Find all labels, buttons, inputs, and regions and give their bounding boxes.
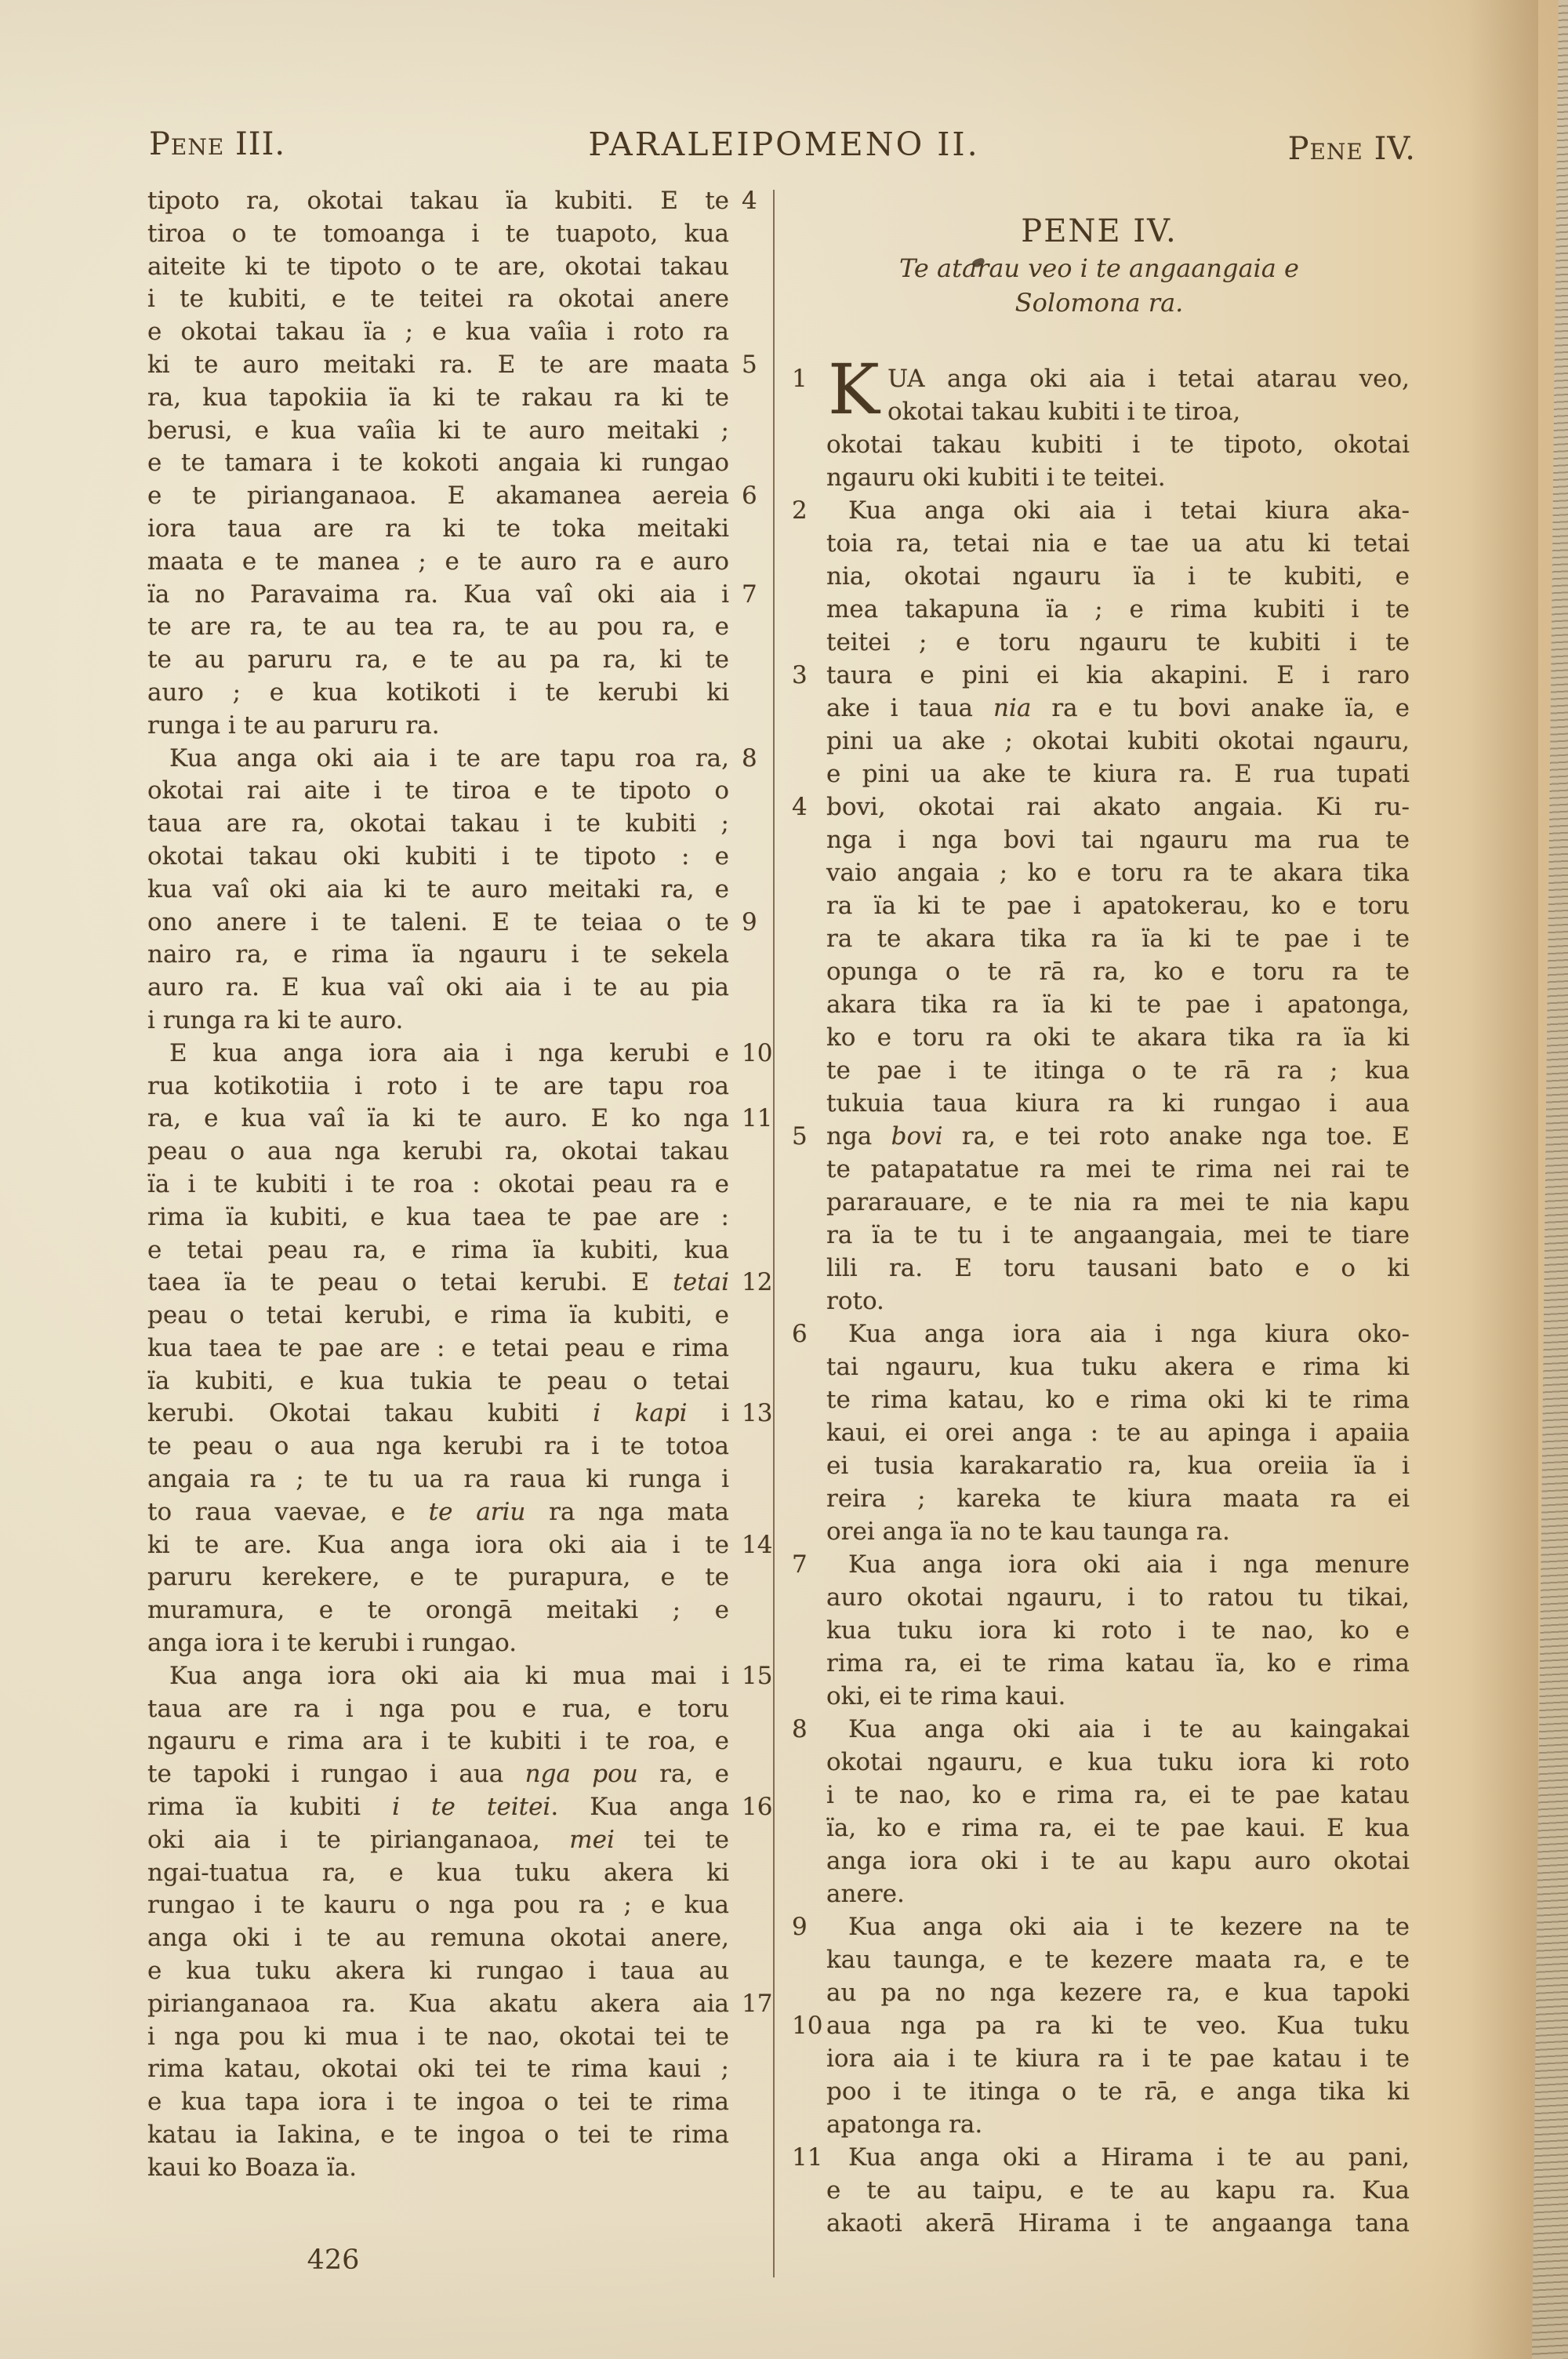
line-text: kua taea te pae are : e tetai peau e rim… xyxy=(147,1332,729,1365)
verse-number: 15 xyxy=(729,1660,775,1693)
text-line: anga oki i te au remuna okotai anere, xyxy=(147,1922,775,1955)
text-line: rua kotikotiia i roto i te are tapu roa xyxy=(147,1070,775,1103)
text-line: nia, okotai ngauru ïa i te kubiti, e xyxy=(789,560,1410,593)
line-text: i nga pou ki mua i te nao, okotai tei te xyxy=(147,2021,729,2054)
line-text: okotai rai aite i te tiroa e te tipoto o xyxy=(147,775,729,808)
verse-number xyxy=(729,874,775,907)
text-line: katau ia Iakina, e te ingoa o tei te rim… xyxy=(147,2119,775,2152)
text-line: ki te auro meitaki ra. E te are maata5 xyxy=(147,349,775,382)
text-line: e te tamara i te kokoti angaia ki rungao xyxy=(147,447,775,480)
line-text: Kua anga oki aia i te au kaingakai xyxy=(826,1713,1410,1746)
text-line: nairo ra, e rima ïa ngauru i te sekela xyxy=(147,939,775,972)
verse-number xyxy=(729,1693,775,1726)
text-line: ra, kua tapokiia ïa ki te rakau ra ki te xyxy=(147,382,775,415)
verse-number: 12 xyxy=(729,1267,775,1299)
text-line: 7Kua anga iora oki aia i nga menure xyxy=(789,1548,1410,1581)
text-line: te au paruru ra, e te au pa ra, ki te xyxy=(147,644,775,677)
text-line: i te nao, ko e rima ra, ei te pae katau xyxy=(789,1779,1410,1812)
text-line: pararauare, e te nia ra mei te nia kapu xyxy=(789,1186,1410,1219)
line-text: peau o aua nga kerubi ra, okotai takau xyxy=(147,1136,729,1169)
verse-number xyxy=(729,2053,775,2086)
text-line: okotai takau oki kubiti i te tipoto : e xyxy=(147,841,775,874)
verse-number xyxy=(789,1976,826,2009)
text-line: te peau o aua nga kerubi ra i te totoa xyxy=(147,1430,775,1463)
line-text: e te au taipu, e te au kapu ra. Kua xyxy=(826,2174,1410,2207)
verse-number xyxy=(729,1299,775,1332)
verse-number xyxy=(729,316,775,349)
text-line: kua taea te pae are : e tetai peau e rim… xyxy=(147,1332,775,1365)
text-line: reira ; kareka te kiura maata ra ei xyxy=(789,1482,1410,1515)
line-text: te are ra, te au tea ra, te au pou ra, e xyxy=(147,611,729,644)
text-line: tai ngauru, kua tuku akera e rima ki xyxy=(789,1350,1410,1383)
line-text: ki te are. Kua anga iora oki aia i te xyxy=(147,1529,729,1562)
line-text: tipoto ra, okotai takau ïa kubiti. E te xyxy=(147,185,729,218)
verse-number xyxy=(729,1561,775,1594)
verse-number xyxy=(729,1594,775,1627)
verse-number: 8 xyxy=(729,743,775,776)
text-line: kerubi. Okotai takau kubiti i kapi i13 xyxy=(147,1398,775,1430)
line-text: anga iora i te kerubi i rungao. xyxy=(147,1627,729,1660)
verse-number xyxy=(789,1219,826,1252)
line-text: anere. xyxy=(826,1877,1410,1910)
text-line: taua are ra i nga pou e rua, e toru xyxy=(147,1693,775,1726)
text-line: e pini ua ake te kiura ra. E rua tupati xyxy=(789,758,1410,791)
text-line: mea takapuna ïa ; e rima kubiti i te xyxy=(789,593,1410,626)
line-text: lili ra. E toru tausani bato e o ki xyxy=(826,1252,1410,1285)
text-line: taea ïa te peau o tetai kerubi. E tetai1… xyxy=(147,1267,775,1299)
line-text: berusi, e kua vaîia ki te auro meitaki ; xyxy=(147,415,729,448)
line-text: e kua tapa iora i te ingoa o tei te rima xyxy=(147,2086,729,2119)
line-text: e te tamara i te kokoti angaia ki rungao xyxy=(147,447,729,480)
line-text: maata e te manea ; e te auro ra e auro xyxy=(147,546,729,579)
text-line: ïa i te kubiti i te roa : okotai peau ra… xyxy=(147,1169,775,1201)
verse-number xyxy=(789,1515,826,1548)
line-text: ra te akara tika ra ïa ki te pae i te xyxy=(826,922,1410,955)
text-line: oki, ei te rima kaui. xyxy=(789,1680,1410,1713)
text-line: berusi, e kua vaîia ki te auro meitaki ; xyxy=(147,415,775,448)
line-text: pini ua ake ; okotai kubiti okotai ngaur… xyxy=(826,725,1410,758)
text-line: poo i te itinga o te rā, e anga tika ki xyxy=(789,2075,1410,2108)
text-line: peau o aua nga kerubi ra, okotai takau xyxy=(147,1136,775,1169)
line-text: mea takapuna ïa ; e rima kubiti i te xyxy=(826,593,1410,626)
line-text: ra, e kua vaî ïa ki te auro. E ko nga xyxy=(147,1103,729,1136)
left-text-column: tipoto ra, okotai takau ïa kubiti. E te4… xyxy=(147,185,775,2185)
text-line: e te pirianganaoa. E akamanea aereia6 xyxy=(147,480,775,513)
text-line: i te kubiti, e te teitei ra okotai anere xyxy=(147,283,775,316)
line-text: okotai ngauru, e kua tuku iora ki roto xyxy=(826,1746,1410,1779)
line-text: te au paruru ra, e te au pa ra, ki te xyxy=(147,644,729,677)
line-text: okotai takau kubiti i te tipoto, okotai xyxy=(826,428,1410,461)
text-line: te pae i te itinga o te rā ra ; kua xyxy=(789,1054,1410,1087)
line-text: ake i taua nia ra e tu bovi anake ïa, e xyxy=(826,692,1410,725)
verse-number xyxy=(789,1449,826,1482)
line-text: ïa, ko e rima ra, ei te pae kaui. E kua xyxy=(826,1812,1410,1845)
verse-number xyxy=(789,1350,826,1383)
verse-number xyxy=(789,1021,826,1054)
verse-number xyxy=(729,382,775,415)
line-text: KUA anga oki aia i tetai atarau veo, xyxy=(826,362,1410,395)
verse-number xyxy=(729,1136,775,1169)
line-text: anga oki i te au remuna okotai anere, xyxy=(147,1922,729,1955)
text-line: rima ra, ei te rima katau ïa, ko e rima xyxy=(789,1647,1410,1680)
line-text: i te kubiti, e te teitei ra okotai anere xyxy=(147,283,729,316)
line-text: to raua vaevae, e te ariu ra nga mata xyxy=(147,1496,729,1529)
line-text: oki aia i te pirianganaoa, mei tei te xyxy=(147,1824,729,1857)
verse-number: 10 xyxy=(789,2009,826,2042)
text-line: akara tika ra ïa ki te pae i apatonga, xyxy=(789,988,1410,1021)
line-text: nia, okotai ngauru ïa i te kubiti, e xyxy=(826,560,1410,593)
verse-number xyxy=(729,2119,775,2152)
line-text: toia ra, tetai nia e tae ua atu ki tetai xyxy=(826,527,1410,560)
line-text: aiteite ki te tipoto o te are, okotai ta… xyxy=(147,251,729,284)
line-text: Kua anga iora aia i nga kiura oko- xyxy=(826,1318,1410,1350)
verse-number xyxy=(789,1054,826,1087)
verse-number: 8 xyxy=(789,1713,826,1746)
verse-number xyxy=(729,1627,775,1660)
verse-number: 6 xyxy=(729,480,775,513)
verse-number xyxy=(789,922,826,955)
line-text: opunga o te rā ra, ko e toru ra te xyxy=(826,955,1410,988)
line-text: aua nga pa ra ki te veo. Kua tuku xyxy=(826,2009,1410,2042)
text-line: roto. xyxy=(789,1285,1410,1318)
text-line: 6Kua anga iora aia i nga kiura oko- xyxy=(789,1318,1410,1350)
text-line: pini ua ake ; okotai kubiti okotai ngaur… xyxy=(789,725,1410,758)
verse-number xyxy=(729,677,775,710)
verse-number xyxy=(729,972,775,1005)
text-line: toia ra, tetai nia e tae ua atu ki tetai xyxy=(789,527,1410,560)
line-text: akaoti akerā Hirama i te angaanga tana xyxy=(826,2207,1410,2240)
text-line: te rima katau, ko e rima oki ki te rima xyxy=(789,1383,1410,1416)
line-text: kerubi. Okotai takau kubiti i kapi i xyxy=(147,1398,729,1430)
text-line: 11Kua anga oki a Hirama i te au pani, xyxy=(789,2141,1410,2174)
text-line: rima ïa kubiti, e kua taea te pae are : xyxy=(147,1201,775,1234)
verse-number xyxy=(729,1496,775,1529)
text-line: ra, e kua vaî ïa ki te auro. E ko nga11 xyxy=(147,1103,775,1136)
text-line: ra ïa ki te pae i apatokerau, ko e toru xyxy=(789,889,1410,922)
line-text: kau taunga, e te kezere maata ra, e te xyxy=(826,1943,1410,1976)
verse-number: 11 xyxy=(729,1103,775,1136)
verse-number: 3 xyxy=(789,659,826,692)
verse-number xyxy=(789,1746,826,1779)
verse-number: 4 xyxy=(729,185,775,218)
text-line: 8Kua anga oki aia i te au kaingakai xyxy=(789,1713,1410,1746)
verse-number xyxy=(789,428,826,461)
text-line: te patapatatue ra mei te rima nei rai te xyxy=(789,1153,1410,1186)
line-text: taea ïa te peau o tetai kerubi. E tetai xyxy=(147,1267,729,1299)
line-text: ra ïa ki te pae i apatokerau, ko e toru xyxy=(826,889,1410,922)
verse-number xyxy=(729,546,775,579)
text-line: ïa, ko e rima ra, ei te pae kaui. E kua xyxy=(789,1812,1410,1845)
line-text: orei anga ïa no te kau taunga ra. xyxy=(826,1515,1410,1548)
text-line: kua vaî oki aia ki te auro meitaki ra, e xyxy=(147,874,775,907)
line-text: Kua anga iora oki aia ki mua mai i xyxy=(147,1660,729,1693)
text-line: ko e toru ra oki te akara tika ra ïa ki xyxy=(789,1021,1410,1054)
text-line: runga i te au paruru ra. xyxy=(147,710,775,743)
verse-number: 13 xyxy=(729,1398,775,1430)
text-line: auro ra. E kua vaî oki aia i te au pia xyxy=(147,972,775,1005)
verse-number xyxy=(789,1647,826,1680)
line-text: anga iora oki i te au kapu auro okotai xyxy=(826,1845,1410,1877)
verse-number xyxy=(729,415,775,448)
text-line: okotai rai aite i te tiroa e te tipoto o xyxy=(147,775,775,808)
verse-number xyxy=(789,1252,826,1285)
line-text: E kua anga iora aia i nga kerubi e xyxy=(147,1038,729,1070)
text-line: apatonga ra. xyxy=(789,2108,1410,2141)
text-line: rima katau, okotai oki tei te rima kaui … xyxy=(147,2053,775,2086)
verse-number xyxy=(789,988,826,1021)
line-text: te pae i te itinga o te rā ra ; kua xyxy=(826,1054,1410,1087)
line-text: rima ïa kubiti i te teitei. Kua anga xyxy=(147,1791,729,1824)
verse-number xyxy=(789,2108,826,2141)
line-text: Kua anga iora oki aia i nga menure xyxy=(826,1548,1410,1581)
line-text: peau o tetai kerubi, e rima ïa kubiti, e xyxy=(147,1299,729,1332)
verse-number xyxy=(789,626,826,659)
running-head-left: Pene III. xyxy=(149,122,285,166)
verse-number xyxy=(789,1285,826,1318)
line-text: te peau o aua nga kerubi ra i te totoa xyxy=(147,1430,729,1463)
verse-number: 10 xyxy=(729,1038,775,1070)
text-line: ono anere i te taleni. E te teiaa o te9 xyxy=(147,907,775,940)
text-line: ïa kubiti, e kua tukia te peau o tetai xyxy=(147,1365,775,1398)
line-text: au pa no nga kezere ra, e kua tapoki xyxy=(826,1976,1410,2009)
line-text: kua vaî oki aia ki te auro meitaki ra, e xyxy=(147,874,729,907)
book-page: Pene III. PARALEIPOMENO II. Pene IV. tip… xyxy=(0,0,1568,2359)
verse-number xyxy=(729,218,775,251)
text-line: kua tuku iora ki roto i te nao, ko e xyxy=(789,1614,1410,1647)
text-line: i runga ra ki te auro. xyxy=(147,1005,775,1038)
verse-number xyxy=(789,1943,826,1976)
verse-number xyxy=(729,939,775,972)
verse-number: 9 xyxy=(789,1910,826,1943)
line-text: auro ; e kua kotikoti i te kerubi ki xyxy=(147,677,729,710)
text-line: taua are ra, okotai takau i te kubiti ; xyxy=(147,808,775,841)
verse-number xyxy=(789,955,826,988)
verse-number xyxy=(729,2086,775,2119)
verse-number xyxy=(729,1201,775,1234)
verse-number xyxy=(729,1955,775,1988)
line-text: tai ngauru, kua tuku akera e rima ki xyxy=(826,1350,1410,1383)
text-line: okotai takau kubiti i te tipoto, okotai xyxy=(789,428,1410,461)
line-text: akara tika ra ïa ki te pae i apatonga, xyxy=(826,988,1410,1021)
chapter-subtitle-line: Solomona ra. xyxy=(789,285,1410,320)
text-line: okotai takau kubiti i te tiroa, xyxy=(789,395,1410,428)
text-line: anere. xyxy=(789,1877,1410,1910)
text-line: auro okotai ngauru, i to ratou tu tikai, xyxy=(789,1581,1410,1614)
line-text: e okotai takau ïa ; e kua vaîia i roto r… xyxy=(147,316,729,349)
line-text: vaio angaia ; ko e toru ra te akara tika xyxy=(826,856,1410,889)
line-text: kaui ko Boaza ïa. xyxy=(147,2152,729,2185)
text-line: tiroa o te tomoanga i te tuapoto, kua xyxy=(147,218,775,251)
verse-number xyxy=(789,1614,826,1647)
line-text: e kua tuku akera ki rungao i taua au xyxy=(147,1955,729,1988)
verse-number xyxy=(789,560,826,593)
text-line: ki te are. Kua anga iora oki aia i te14 xyxy=(147,1529,775,1562)
verse-number: 7 xyxy=(729,579,775,612)
verse-number xyxy=(729,1005,775,1038)
line-text: ko e toru ra oki te akara tika ra ïa ki xyxy=(826,1021,1410,1054)
text-line: ake i taua nia ra e tu bovi anake ïa, e xyxy=(789,692,1410,725)
verse-number xyxy=(729,1430,775,1463)
verse-number: 5 xyxy=(789,1120,826,1153)
line-text: muramura, e te orongā meitaki ; e xyxy=(147,1594,729,1627)
verse-number xyxy=(789,593,826,626)
line-text: apatonga ra. xyxy=(826,2108,1410,2141)
line-text: te tapoki i rungao i aua nga pou ra, e xyxy=(147,1758,729,1791)
text-line: Kua anga oki aia i te are tapu roa ra,8 xyxy=(147,743,775,776)
verse-number xyxy=(789,692,826,725)
text-line: tipoto ra, okotai takau ïa kubiti. E te4 xyxy=(147,185,775,218)
line-text: ra ïa te tu i te angaangaia, mei te tiar… xyxy=(826,1219,1410,1252)
line-text: te patapatatue ra mei te rima nei rai te xyxy=(826,1153,1410,1186)
text-line: iora taua are ra ki te toka meitaki xyxy=(147,513,775,546)
chapter-heading: PENE IV. xyxy=(789,212,1410,251)
verse-number: 9 xyxy=(729,907,775,940)
line-text: tukuia taua kiura ra ki rungao i aua xyxy=(826,1087,1410,1120)
line-text: ngauru oki kubiti i te teitei. xyxy=(826,461,1410,494)
text-line: Kua anga iora oki aia ki mua mai i15 xyxy=(147,1660,775,1693)
verse-number xyxy=(789,1383,826,1416)
verse-number: 5 xyxy=(729,349,775,382)
text-line: au pa no nga kezere ra, e kua tapoki xyxy=(789,1976,1410,2009)
line-text: taua are ra, okotai takau i te kubiti ; xyxy=(147,808,729,841)
line-text: ïa no Paravaima ra. Kua vaî oki aia i xyxy=(147,579,729,612)
text-line: e okotai takau ïa ; e kua vaîia i roto r… xyxy=(147,316,775,349)
line-text: ki te auro meitaki ra. E te are maata xyxy=(147,349,729,382)
line-text: iora taua are ra ki te toka meitaki xyxy=(147,513,729,546)
verse-number xyxy=(729,2152,775,2185)
verse-number xyxy=(729,251,775,284)
verse-number xyxy=(789,823,826,856)
text-line: vaio angaia ; ko e toru ra te akara tika xyxy=(789,856,1410,889)
line-text: ei tusia karakaratio ra, kua oreiia ïa i xyxy=(826,1449,1410,1482)
line-text: i runga ra ki te auro. xyxy=(147,1005,729,1038)
verse-number xyxy=(729,1365,775,1398)
text-line: paruru kerekere, e te purapura, e te xyxy=(147,1561,775,1594)
verse-number xyxy=(729,611,775,644)
text-line: 4bovi, okotai rai akato angaia. Ki ru- xyxy=(789,791,1410,823)
verse-number: 6 xyxy=(789,1318,826,1350)
line-text: ono anere i te taleni. E te teiaa o te xyxy=(147,907,729,940)
line-text: te rima katau, ko e rima oki ki te rima xyxy=(826,1383,1410,1416)
line-text: taua are ra i nga pou e rua, e toru xyxy=(147,1693,729,1726)
text-line: peau o tetai kerubi, e rima ïa kubiti, e xyxy=(147,1299,775,1332)
verse-number xyxy=(729,1332,775,1365)
line-text: teitei ; e toru ngauru te kubiti i te xyxy=(826,626,1410,659)
line-text: nairo ra, e rima ïa ngauru i te sekela xyxy=(147,939,729,972)
line-text: e tetai peau ra, e rima ïa kubiti, kua xyxy=(147,1234,729,1267)
verse-number xyxy=(729,513,775,546)
line-text: ra, kua tapokiia ïa ki te rakau ra ki te xyxy=(147,382,729,415)
running-head-title: PARALEIPOMENO II. xyxy=(470,122,1098,166)
line-text: rima katau, okotai oki tei te rima kaui … xyxy=(147,2053,729,2086)
text-line: e kua tapa iora i te ingoa o tei te rima xyxy=(147,2086,775,2119)
page-number: 426 xyxy=(255,2245,412,2276)
verse-number xyxy=(789,2042,826,2075)
verse-number xyxy=(729,710,775,743)
text-line: aiteite ki te tipoto o te are, okotai ta… xyxy=(147,251,775,284)
verse-number xyxy=(789,1482,826,1515)
text-line: anga iora i te kerubi i rungao. xyxy=(147,1627,775,1660)
right-text-column: PENE IV. Te atarau veo i te angaangaia e… xyxy=(789,185,1410,2240)
line-text: Kua anga oki aia i tetai kiura aka- xyxy=(826,494,1410,527)
line-text: ngauru e rima ara i te kubiti i te roa, … xyxy=(147,1725,729,1758)
line-text: e te pirianganaoa. E akamanea aereia xyxy=(147,480,729,513)
line-text: bovi, okotai rai akato angaia. Ki ru- xyxy=(826,791,1410,823)
verse-number: 16 xyxy=(729,1791,775,1824)
line-text: rungao i te kauru o nga pou ra ; e kua xyxy=(147,1889,729,1922)
verse-number xyxy=(729,1463,775,1496)
verse-number xyxy=(789,1186,826,1219)
verse-number xyxy=(789,1845,826,1877)
text-line: iora aia i te kiura ra i te pae katau i … xyxy=(789,2042,1410,2075)
verse-number xyxy=(729,2021,775,2054)
verse-number xyxy=(789,2075,826,2108)
verse-number: 14 xyxy=(729,1529,775,1562)
text-line: ngai-tuatua ra, e kua tuku akera ki xyxy=(147,1857,775,1890)
text-line: 5nga bovi ra, e tei roto anake nga toe. … xyxy=(789,1120,1410,1153)
text-line: auro ; e kua kotikoti i te kerubi ki xyxy=(147,677,775,710)
verse-number xyxy=(789,1812,826,1845)
column-divider-rule xyxy=(773,190,775,2277)
text-line: angaia ra ; te tu ua ra raua ki runga i xyxy=(147,1463,775,1496)
verse-number xyxy=(729,1070,775,1103)
text-line: to raua vaevae, e te ariu ra nga mata xyxy=(147,1496,775,1529)
verse-number xyxy=(789,527,826,560)
text-line: maata e te manea ; e te auro ra e auro xyxy=(147,546,775,579)
line-text: iora aia i te kiura ra i te pae katau i … xyxy=(826,2042,1410,2075)
text-line: te are ra, te au tea ra, te au pou ra, e xyxy=(147,611,775,644)
text-line: lili ra. E toru tausani bato e o ki xyxy=(789,1252,1410,1285)
verse-number xyxy=(789,1877,826,1910)
verse-number xyxy=(729,775,775,808)
verse-number xyxy=(789,1680,826,1713)
line-text: katau ia Iakina, e te ingoa o tei te rim… xyxy=(147,2119,729,2152)
line-text: rima ïa kubiti, e kua taea te pae are : xyxy=(147,1201,729,1234)
text-line: anga iora oki i te au kapu auro okotai xyxy=(789,1845,1410,1877)
line-text: roto. xyxy=(826,1285,1410,1318)
text-line: okotai ngauru, e kua tuku iora ki roto xyxy=(789,1746,1410,1779)
verse-number xyxy=(729,1889,775,1922)
verse-number xyxy=(789,889,826,922)
line-text: rua kotikotiia i roto i te are tapu roa xyxy=(147,1070,729,1103)
verse-number xyxy=(729,1758,775,1791)
line-text: nga i nga bovi tai ngauru ma rua te xyxy=(826,823,1410,856)
text-line: opunga o te rā ra, ko e toru ra te xyxy=(789,955,1410,988)
text-line: orei anga ïa no te kau taunga ra. xyxy=(789,1515,1410,1548)
line-text: ïa kubiti, e kua tukia te peau o tetai xyxy=(147,1365,729,1398)
verse-number xyxy=(729,1234,775,1267)
line-text: poo i te itinga o te rā, e anga tika ki xyxy=(826,2075,1410,2108)
line-text: oki, ei te rima kaui. xyxy=(826,1680,1410,1713)
verse-number: 11 xyxy=(789,2141,826,2174)
line-text: e pini ua ake te kiura ra. E rua tupati xyxy=(826,758,1410,791)
verse-number xyxy=(729,1725,775,1758)
verse-number xyxy=(729,841,775,874)
verse-number xyxy=(729,447,775,480)
text-line: pirianganaoa ra. Kua akatu akera aia17 xyxy=(147,1988,775,2021)
verse-number: 1 xyxy=(789,362,826,395)
text-line: akaoti akerā Hirama i te angaanga tana xyxy=(789,2207,1410,2240)
verse-number xyxy=(789,1153,826,1186)
text-line: ngauru e rima ara i te kubiti i te roa, … xyxy=(147,1725,775,1758)
text-line: ra te akara tika ra ïa ki te pae i te xyxy=(789,922,1410,955)
line-text: okotai takau oki kubiti i te tipoto : e xyxy=(147,841,729,874)
text-line: teitei ; e toru ngauru te kubiti i te xyxy=(789,626,1410,659)
verse-number xyxy=(789,1416,826,1449)
text-line: 1KUA anga oki aia i tetai atarau veo, xyxy=(789,362,1410,395)
text-line: e kua tuku akera ki rungao i taua au xyxy=(147,1955,775,1988)
text-line: e te au taipu, e te au kapu ra. Kua xyxy=(789,2174,1410,2207)
